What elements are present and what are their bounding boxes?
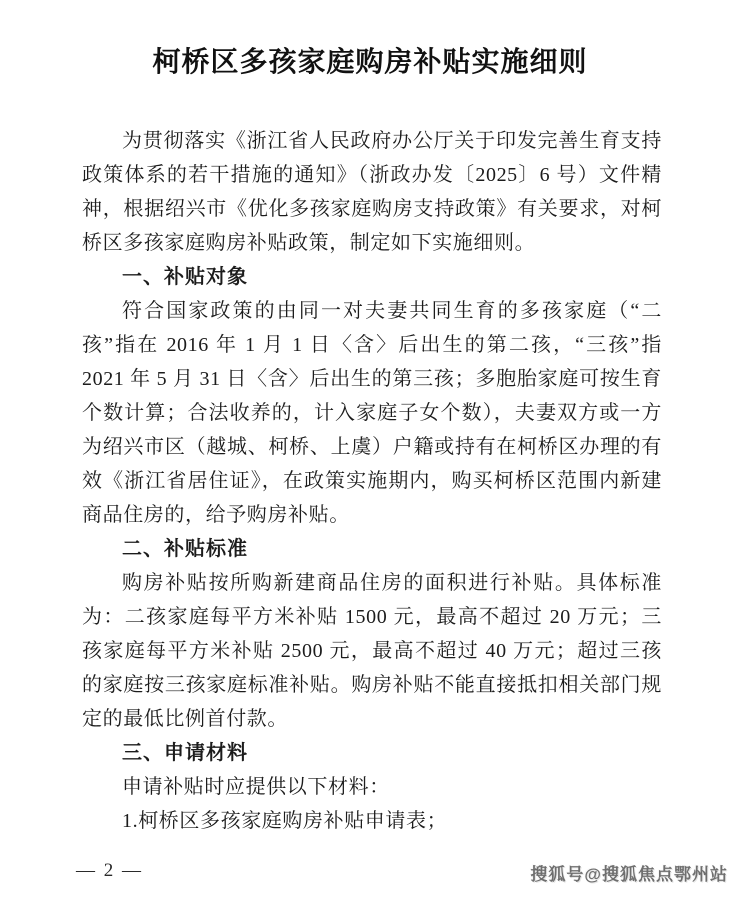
section-3-intro-line: 申请补贴时应提供以下材料：: [82, 770, 662, 804]
section-2-paragraph: 购房补贴按所购新建商品住房的面积进行补贴。具体标准为：二孩家庭每平方米补贴 15…: [82, 566, 662, 736]
section-1-paragraph: 符合国家政策的由同一对夫妻共同生育的多孩家庭（“二孩”指在 2016 年 1 月…: [82, 294, 662, 532]
document-title: 柯桥区多孩家庭购房补贴实施细则: [0, 40, 740, 80]
document-page: 柯桥区多孩家庭购房补贴实施细则 为贯彻落实《浙江省人民政府办公厅关于印发完善生育…: [0, 0, 740, 898]
document-body: 为贯彻落实《浙江省人民政府办公厅关于印发完善生育支持政策体系的若干措施的通知》（…: [82, 124, 662, 838]
watermark: 搜狐号@搜狐焦点鄂州站: [530, 860, 728, 885]
section-3-heading: 三、申请材料: [82, 736, 662, 770]
section-2-heading: 二、补贴标准: [82, 532, 662, 566]
intro-paragraph: 为贯彻落实《浙江省人民政府办公厅关于印发完善生育支持政策体系的若干措施的通知》（…: [82, 124, 662, 260]
page-number: — 2 —: [76, 860, 143, 882]
section-1-heading: 一、补贴对象: [82, 260, 662, 294]
section-3-material-item-1: 1.柯桥区多孩家庭购房补贴申请表；: [82, 804, 662, 838]
